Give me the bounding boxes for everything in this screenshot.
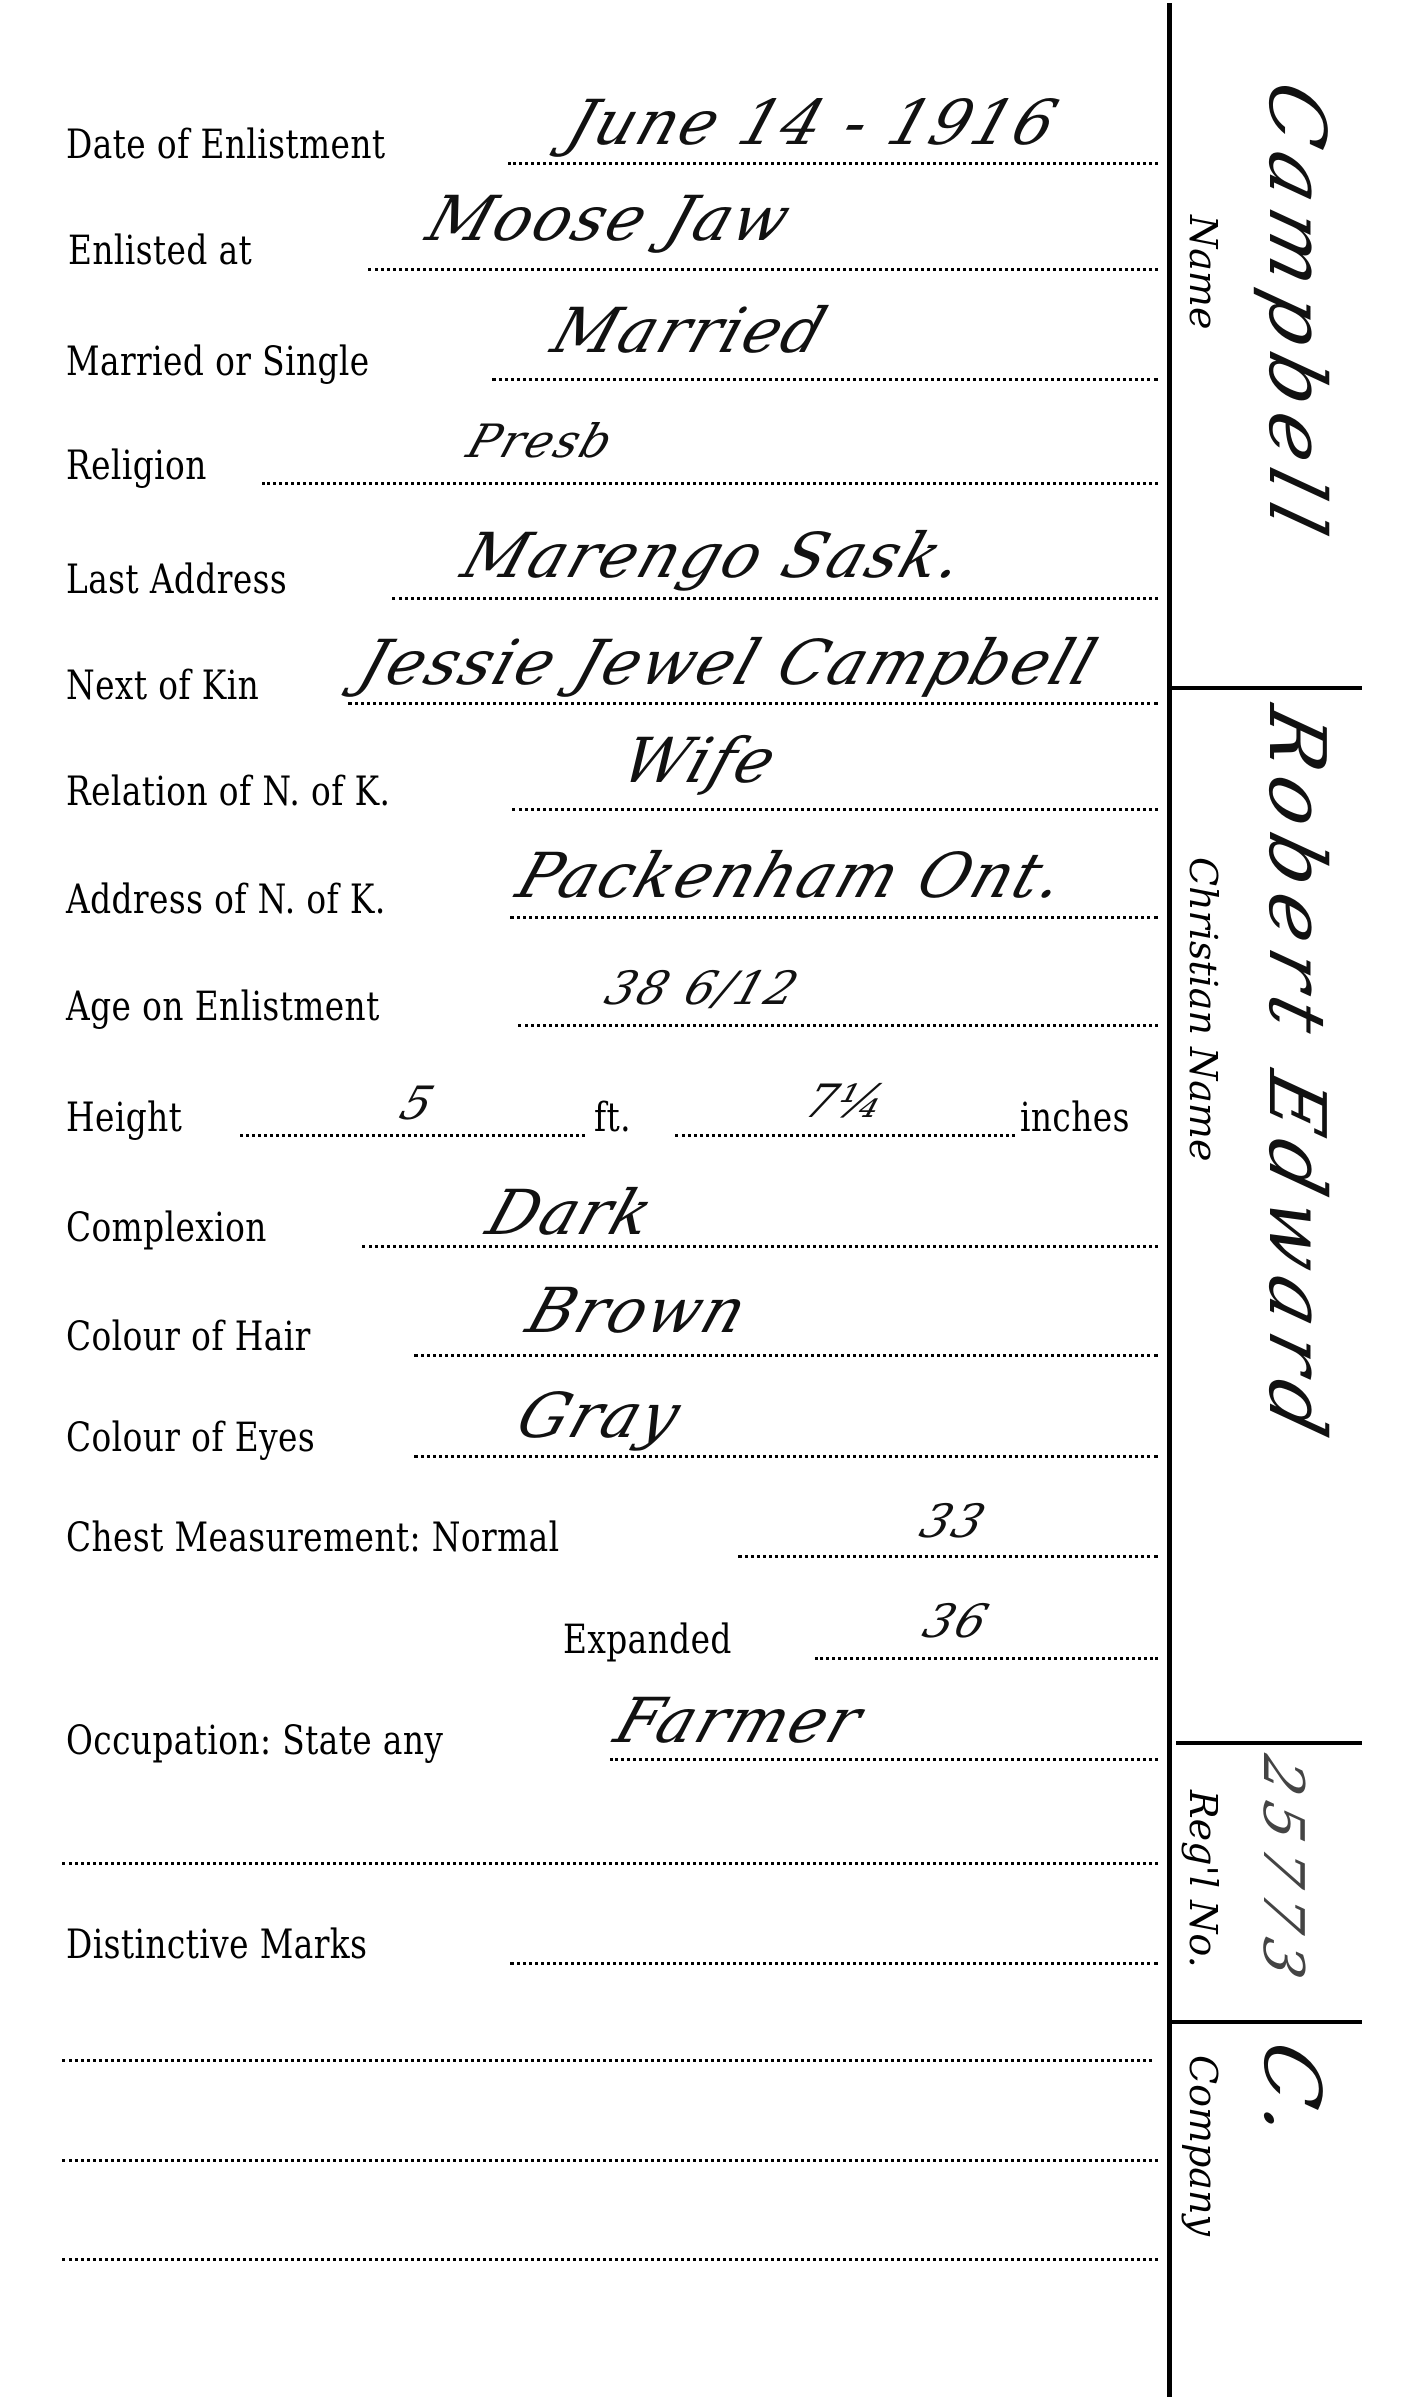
- field-line-distinctive-marks-4: [62, 2258, 1158, 2261]
- field-line-date-of-enlistment: [508, 162, 1158, 165]
- field-line-last-address: [392, 597, 1158, 600]
- value-chest-normal: 33: [915, 1498, 992, 1544]
- field-line-address-of-next-of-kin: [510, 916, 1158, 919]
- value-colour-of-hair: Brown: [520, 1280, 756, 1342]
- field-line-distinctive-marks: [510, 1962, 1158, 1965]
- field-line-next-of-kin: [348, 702, 1158, 705]
- label-date-of-enlistment: Date of Enlistment: [66, 125, 385, 165]
- sidebar-label-regimental-number: Reg'l No.: [1184, 1790, 1222, 1968]
- label-next-of-kin: Next of Kin: [66, 666, 259, 706]
- label-relation-of-next-of-kin: Relation of N. of K.: [66, 772, 390, 812]
- sidebar-value-christian-name: Robert Edward: [1257, 699, 1335, 1452]
- label-chest-normal: Chest Measurement: Normal: [66, 1518, 559, 1558]
- value-relation-of-next-of-kin: Wife: [615, 730, 785, 792]
- field-line-religion: [262, 482, 1158, 485]
- sidebar-divider-name: [1172, 686, 1362, 690]
- sidebar-value-name: Campbell: [1257, 74, 1335, 551]
- value-religion: Presb: [462, 418, 620, 464]
- value-date-of-enlistment: June 14 - 1916: [560, 92, 1066, 154]
- field-line-height-inches: [675, 1134, 1015, 1137]
- sidebar-label-company: Company: [1184, 2055, 1222, 2236]
- sidebar-value-company: C.: [1252, 2034, 1330, 2157]
- label-chest-expanded: Expanded: [563, 1620, 732, 1660]
- label-occupation: Occupation: State any: [66, 1721, 443, 1761]
- field-line-relation-of-next-of-kin: [512, 808, 1158, 811]
- value-married-or-single: Married: [545, 300, 835, 362]
- field-line-chest-normal: [738, 1555, 1158, 1558]
- field-line-colour-of-hair: [414, 1354, 1158, 1357]
- label-height-ft: ft.: [594, 1098, 631, 1138]
- label-colour-of-hair: Colour of Hair: [66, 1317, 311, 1357]
- label-complexion: Complexion: [66, 1208, 267, 1248]
- field-line-married-or-single: [492, 378, 1158, 381]
- value-address-of-next-of-kin: Packenham Ont.: [510, 845, 1074, 907]
- label-address-of-next-of-kin: Address of N. of K.: [66, 880, 386, 920]
- sidebar-label-name: Name: [1184, 215, 1222, 329]
- label-last-address: Last Address: [66, 560, 287, 600]
- label-age-on-enlistment: Age on Enlistment: [66, 987, 380, 1027]
- field-line-occupation: [610, 1758, 1158, 1761]
- attestation-card: Date of Enlistment June 14 - 1916 Enlist…: [0, 0, 1411, 2397]
- label-enlisted-at: Enlisted at: [68, 231, 252, 271]
- value-chest-expanded: 36: [918, 1598, 995, 1644]
- field-line-occupation-continued: [62, 1862, 1158, 1865]
- sidebar-divider-vertical: [1167, 3, 1172, 2397]
- value-last-address: Marengo Sask.: [455, 525, 973, 587]
- label-distinctive-marks: Distinctive Marks: [66, 1925, 367, 1965]
- field-line-distinctive-marks-3: [62, 2159, 1158, 2162]
- field-line-distinctive-marks-2: [62, 2059, 1152, 2062]
- sidebar-divider-regimental-number: [1170, 2020, 1362, 2024]
- label-married-or-single: Married or Single: [66, 342, 370, 382]
- sidebar-value-regimental-number: 25773: [1254, 1750, 1310, 1993]
- field-line-age-on-enlistment: [518, 1024, 1158, 1027]
- value-complexion: Dark: [480, 1182, 662, 1244]
- value-next-of-kin: Jessie Jewel Campbell: [352, 632, 1105, 694]
- label-height: Height: [66, 1098, 182, 1138]
- label-height-inches: inches: [1020, 1098, 1130, 1138]
- field-line-enlisted-at: [368, 268, 1158, 271]
- sidebar-label-christian-name: Christian Name: [1184, 857, 1222, 1161]
- label-religion: Religion: [66, 446, 207, 486]
- field-line-height-feet: [240, 1134, 585, 1137]
- value-height-feet: 5: [395, 1080, 441, 1126]
- value-height-inches: 7¼: [800, 1078, 893, 1124]
- value-enlisted-at: Moose Jaw: [420, 188, 799, 250]
- value-age-on-enlistment: 38 6/12: [600, 965, 805, 1011]
- sidebar-divider-christian-name: [1176, 1741, 1362, 1745]
- field-line-colour-of-eyes: [414, 1455, 1158, 1458]
- value-occupation: Farmer: [608, 1690, 871, 1752]
- label-colour-of-eyes: Colour of Eyes: [66, 1418, 315, 1458]
- value-colour-of-eyes: Gray: [510, 1385, 689, 1447]
- field-line-chest-expanded: [815, 1657, 1158, 1660]
